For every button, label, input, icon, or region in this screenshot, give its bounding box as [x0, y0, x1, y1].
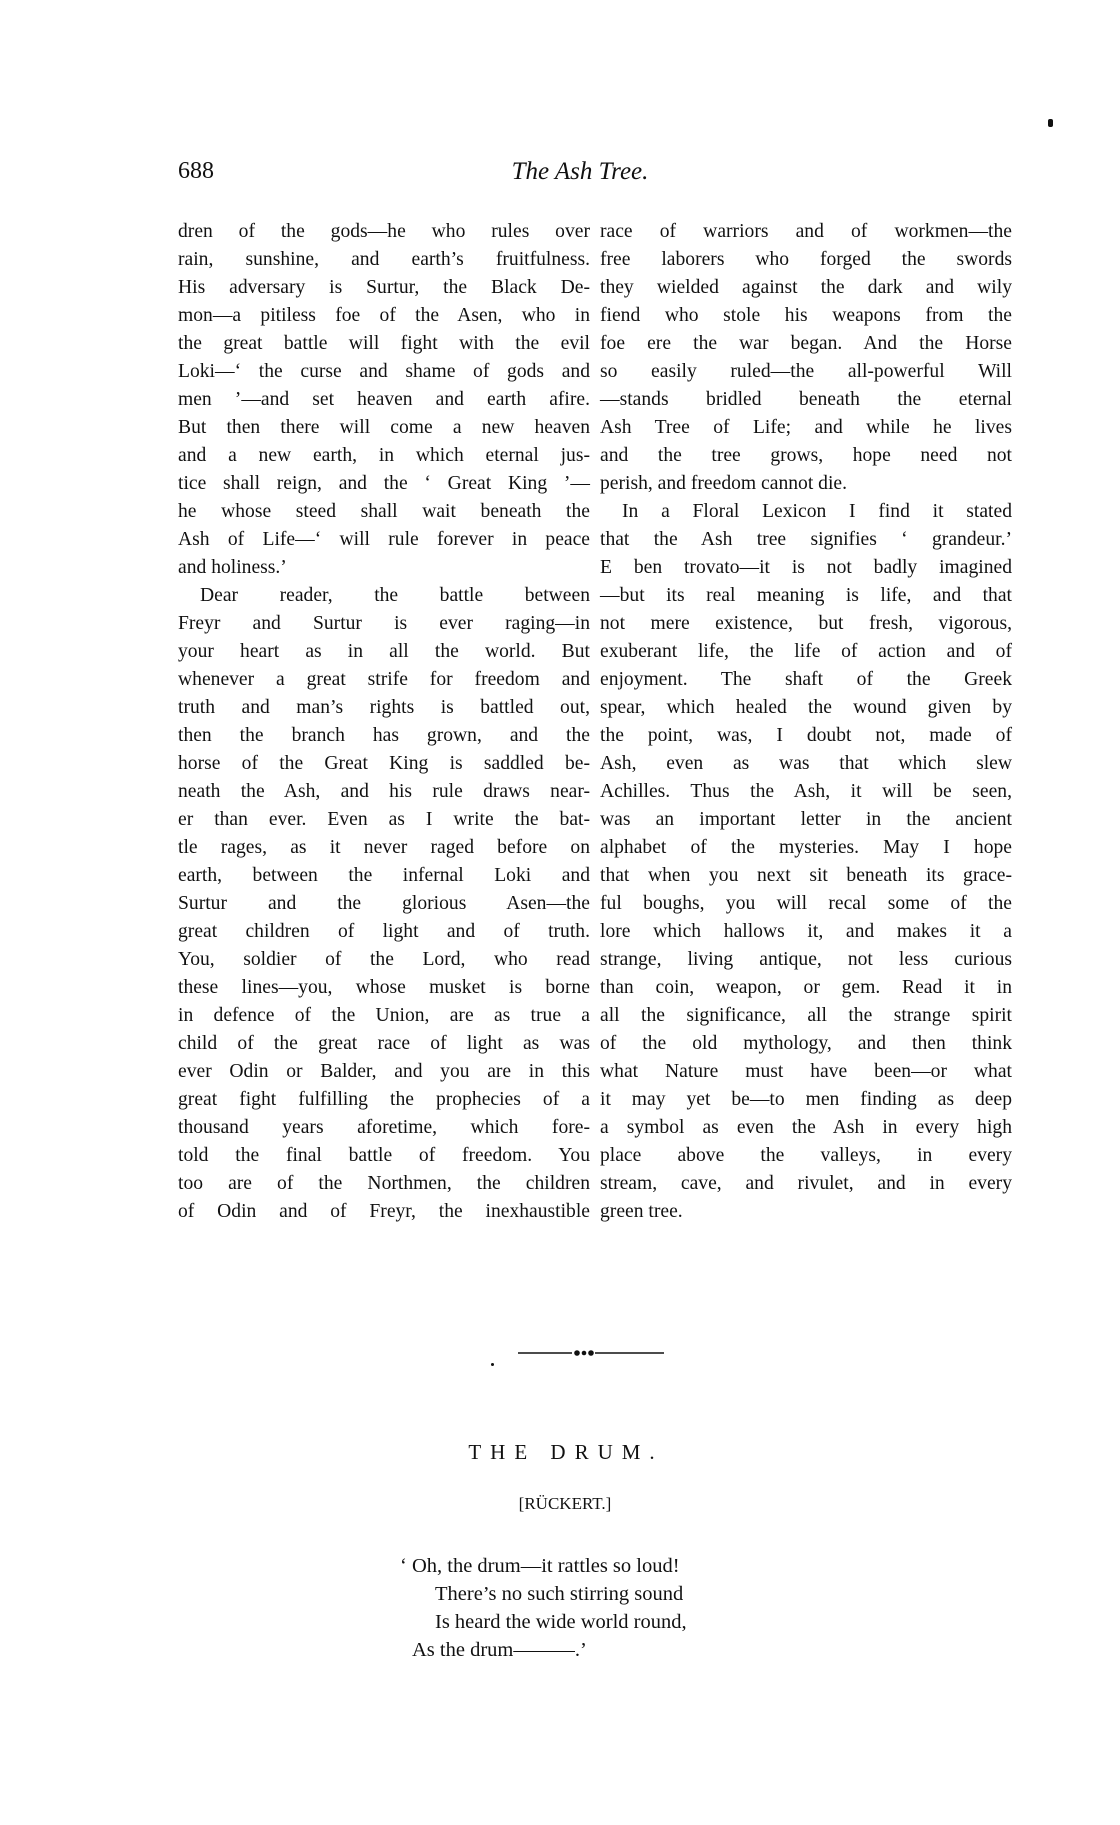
text-line: er than ever. Even as I write the bat-	[178, 806, 590, 834]
text-line: enjoyment. The shaft of the Greek	[600, 666, 1012, 694]
text-line: that when you next sit beneath its grace…	[600, 862, 1012, 890]
text-line: alphabet of the mysteries. May I hope	[600, 834, 1012, 862]
text-line: But then there will come a new heaven	[178, 414, 590, 442]
text-line: lore which hallows it, and makes it a	[600, 918, 1012, 946]
text-line: of the old mythology, and then think	[600, 1030, 1012, 1058]
poem-line: As the drum———.’	[400, 1636, 687, 1664]
text-line: race of warriors and of workmen—the	[600, 218, 1012, 246]
text-line: E ben trovato—it is not badly imagined	[600, 554, 1012, 582]
paragraph-start-line: In a Floral Lexicon I find it stated	[600, 498, 1012, 526]
poem-stanza: ‘ Oh, the drum—it rattles so loud! There…	[400, 1552, 687, 1664]
text-line: in defence of the Union, are as true a	[178, 1002, 590, 1030]
text-line: tice shall reign, and the ‘ Great King ’…	[178, 470, 590, 498]
text-line: that the Ash tree signifies ‘ grandeur.’	[600, 526, 1012, 554]
text-line: of Odin and of Freyr, the inexhaustible	[178, 1198, 590, 1226]
text-line: whenever a great strife for freedom and	[178, 666, 590, 694]
stray-mark	[1048, 119, 1053, 127]
text-line: ful boughs, you will recal some of the	[600, 890, 1012, 918]
text-line: men ’—and set heaven and earth afire.	[178, 386, 590, 414]
text-line: tle rages, as it never raged before on	[178, 834, 590, 862]
text-line: a symbol as even the Ash in every high	[600, 1114, 1012, 1142]
text-line: earth, between the infernal Loki and	[178, 862, 590, 890]
text-line: great children of light and of truth.	[178, 918, 590, 946]
text-line: not mere existence, but fresh, vigorous,	[600, 610, 1012, 638]
text-line: and a new earth, in which eternal jus-	[178, 442, 590, 470]
section-divider-ornament	[518, 1350, 664, 1356]
text-line: green tree.	[600, 1198, 1012, 1226]
text-line: he whose steed shall wait beneath the	[178, 498, 590, 526]
text-line: child of the great race of light as was	[178, 1030, 590, 1058]
text-line: too are of the Northmen, the children	[178, 1170, 590, 1198]
text-line: free laborers who forged the swords	[600, 246, 1012, 274]
right-column: race of warriors and of workmen—the free…	[600, 218, 1012, 1226]
text-line: the great battle will fight with the evi…	[178, 330, 590, 358]
stray-dot	[491, 1363, 494, 1366]
paragraph-start-line: Dear reader, the battle between	[178, 582, 590, 610]
text-line: fiend who stole his weapons from the	[600, 302, 1012, 330]
text-line: Achilles. Thus the Ash, it will be seen,	[600, 778, 1012, 806]
text-line: place above the valleys, in every	[600, 1142, 1012, 1170]
text-line: —but its real meaning is life, and that	[600, 582, 1012, 610]
text-line: strange, living antique, not less curiou…	[600, 946, 1012, 974]
text-line: Ash, even as was that which slew	[600, 750, 1012, 778]
text-line: You, soldier of the Lord, who read	[178, 946, 590, 974]
text-line: it may yet be—to men finding as deep	[600, 1086, 1012, 1114]
text-line: ever Odin or Balder, and you are in this	[178, 1058, 590, 1086]
text-line: Surtur and the glorious Asen—the	[178, 890, 590, 918]
text-line: told the final battle of freedom. You	[178, 1142, 590, 1170]
text-line: these lines—you, whose musket is borne	[178, 974, 590, 1002]
text-line: Ash Tree of Life; and while he lives	[600, 414, 1012, 442]
text-line: and the tree grows, hope need not	[600, 442, 1012, 470]
text-line: Freyr and Surtur is ever raging—in	[178, 610, 590, 638]
text-line: great fight fulfilling the prophecies of…	[178, 1086, 590, 1114]
text-line: His adversary is Surtur, the Black De-	[178, 274, 590, 302]
text-line: dren of the gods—he who rules over	[178, 218, 590, 246]
text-line: mon—a pitiless foe of the Asen, who in	[178, 302, 590, 330]
text-line: —stands bridled beneath the eternal	[600, 386, 1012, 414]
poem-line: There’s no such stirring sound	[400, 1580, 687, 1608]
poem-line: ‘ Oh, the drum—it rattles so loud!	[400, 1552, 687, 1580]
text-line: the point, was, I doubt not, made of	[600, 722, 1012, 750]
text-line: was an important letter in the ancient	[600, 806, 1012, 834]
text-line: foe ere the war began. And the Horse	[600, 330, 1012, 358]
left-column: dren of the gods—he who rules over rain,…	[178, 218, 590, 1226]
text-line: rain, sunshine, and earth’s fruitfulness…	[178, 246, 590, 274]
text-line: your heart as in all the world. But	[178, 638, 590, 666]
text-line: horse of the Great King is saddled be-	[178, 750, 590, 778]
text-line: neath the Ash, and his rule draws near-	[178, 778, 590, 806]
poem-line: Is heard the wide world round,	[400, 1608, 687, 1636]
text-line: so easily ruled—the all-powerful Will	[600, 358, 1012, 386]
text-line: then the branch has grown, and the	[178, 722, 590, 750]
text-line: truth and man’s rights is battled out,	[178, 694, 590, 722]
text-line: stream, cave, and rivulet, and in every	[600, 1170, 1012, 1198]
text-line: than coin, weapon, or gem. Read it in	[600, 974, 1012, 1002]
text-line: what Nature must have been—or what	[600, 1058, 1012, 1086]
text-line: Loki—‘ the curse and shame of gods and	[178, 358, 590, 386]
text-line: Ash of Life—‘ will rule forever in peace	[178, 526, 590, 554]
text-line: thousand years aforetime, which fore-	[178, 1114, 590, 1142]
text-line: they wielded against the dark and wily	[600, 274, 1012, 302]
text-line: and holiness.’	[178, 554, 590, 582]
text-line: perish, and freedom cannot die.	[600, 470, 1012, 498]
text-line: spear, which healed the wound given by	[600, 694, 1012, 722]
running-title: The Ash Tree.	[0, 158, 1120, 186]
poem-attribution: [RÜCKERT.]	[0, 1494, 1120, 1514]
poem-title: THE DRUM.	[0, 1440, 1120, 1465]
text-line: all the significance, all the strange sp…	[600, 1002, 1012, 1030]
text-line: exuberant life, the life of action and o…	[600, 638, 1012, 666]
